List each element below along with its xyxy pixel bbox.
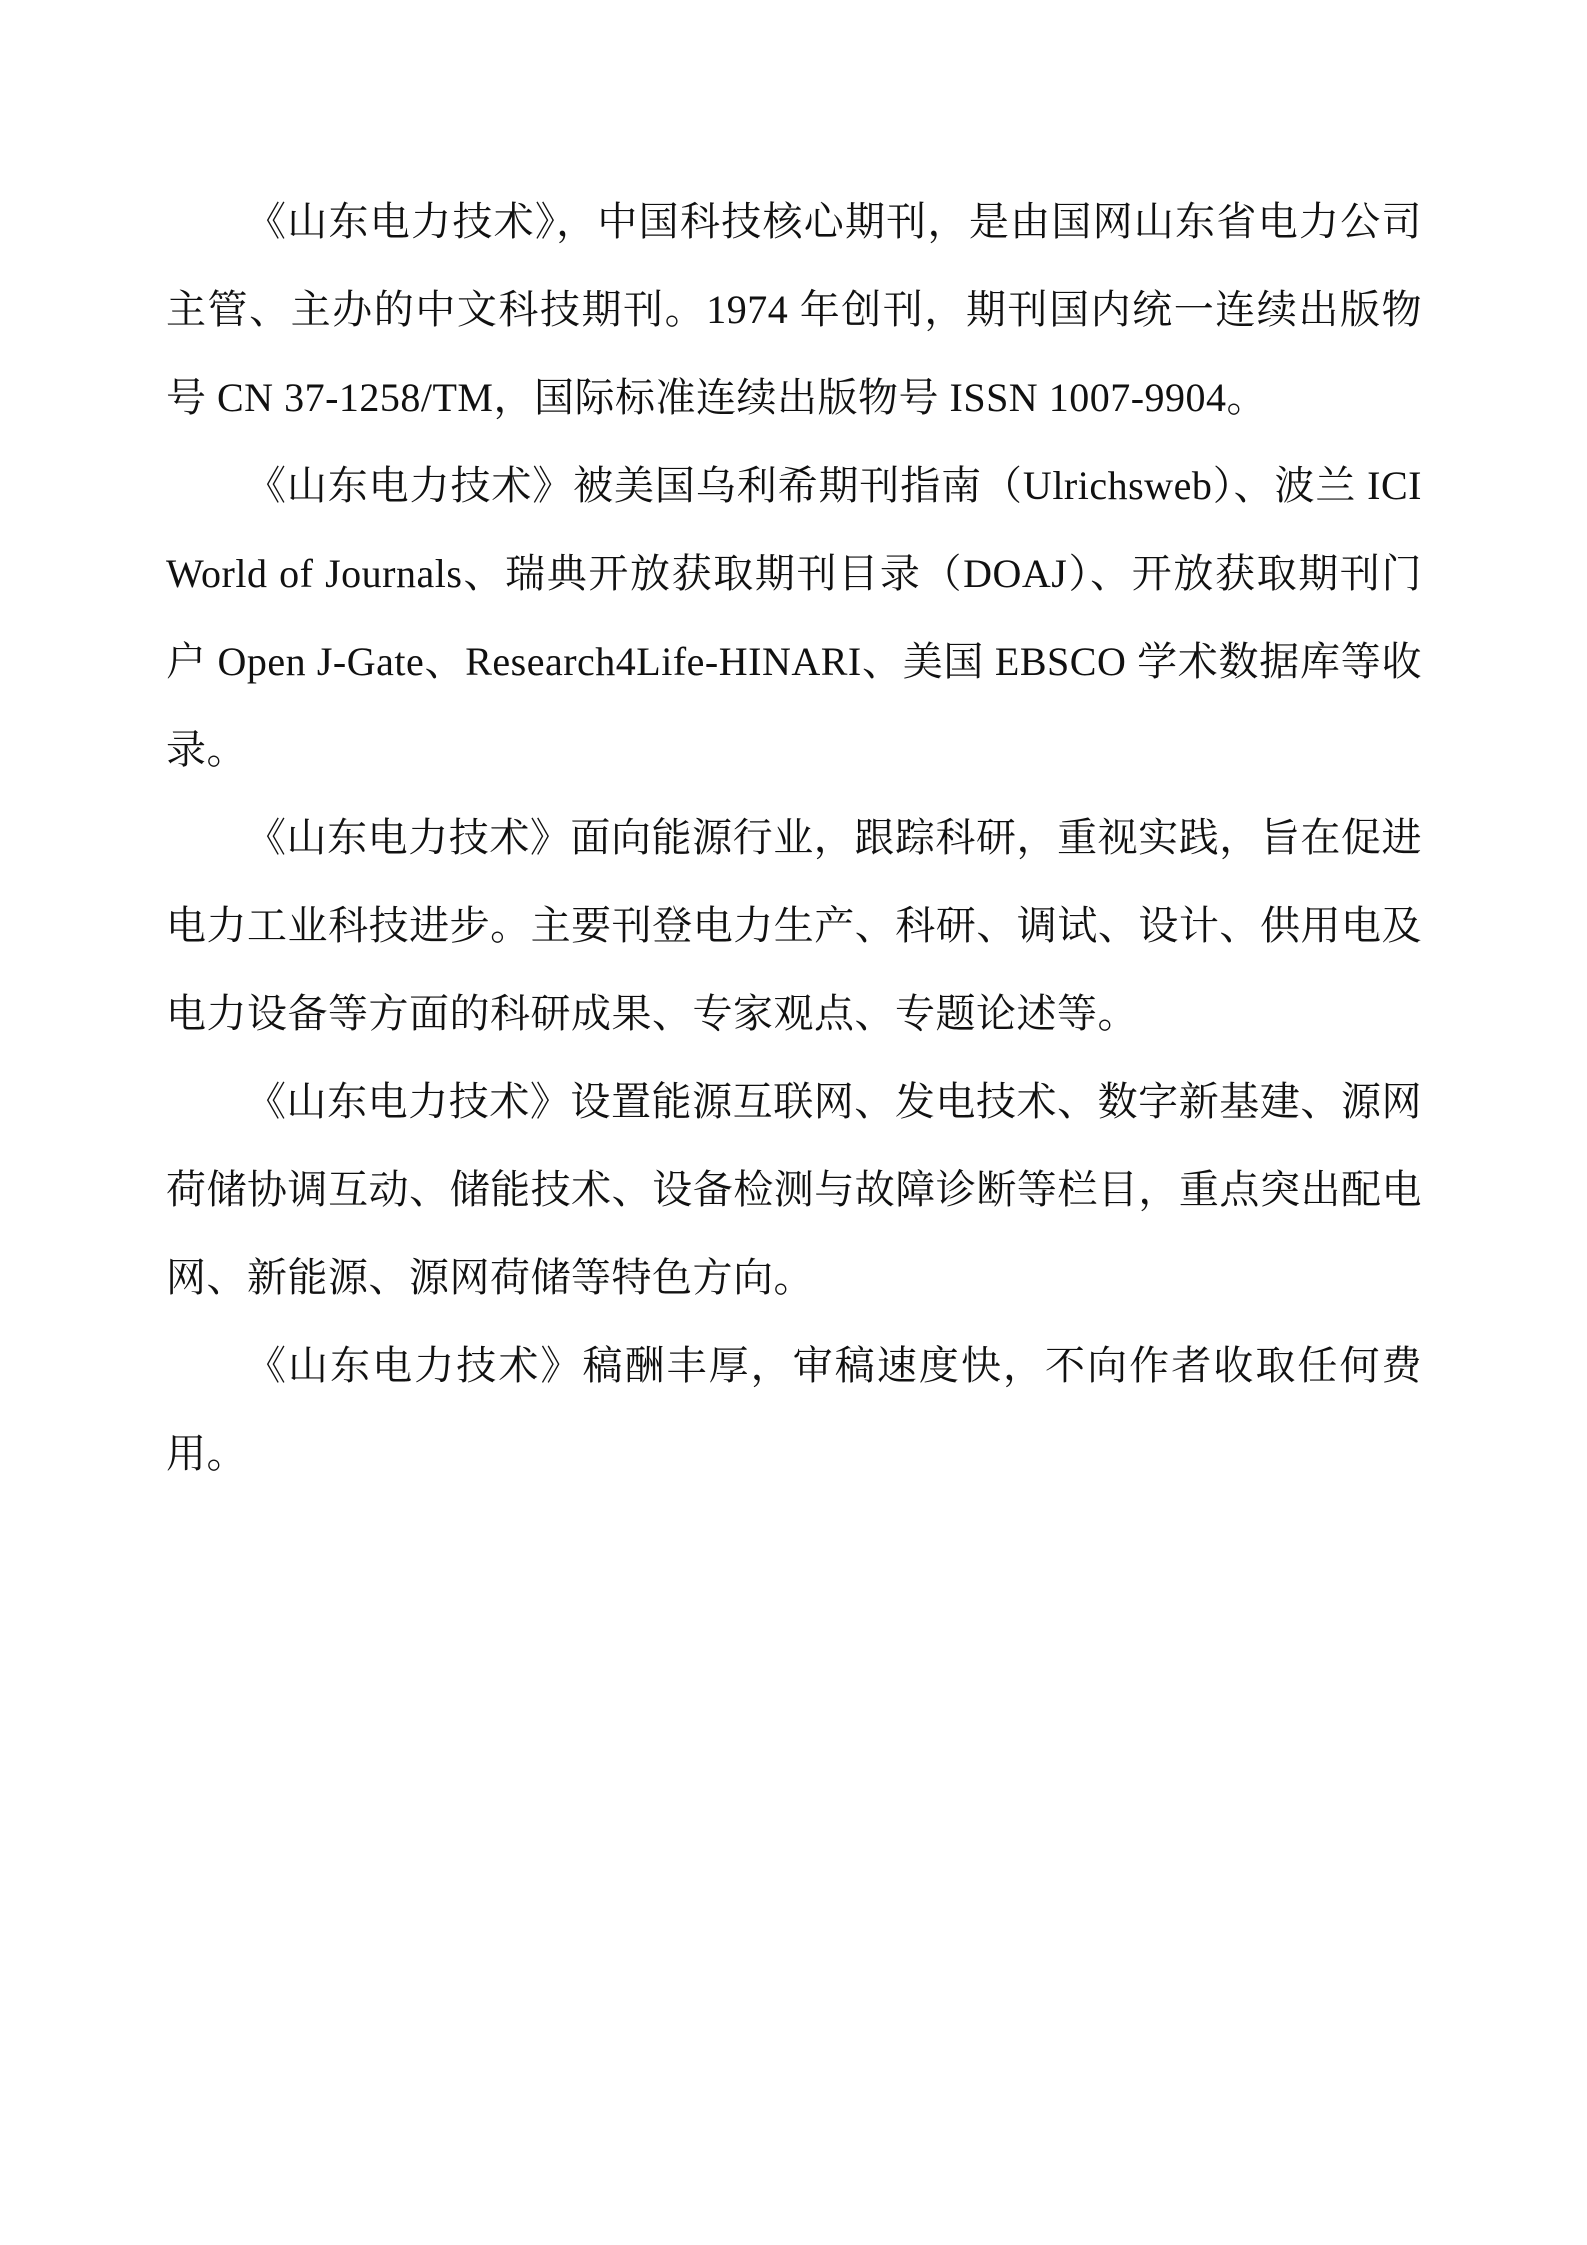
paragraph-author-policy: 《山东电力技术》稿酬丰厚，审稿速度快，不向作者收取任何费用。 [166,1322,1422,1498]
paragraph-indexing-databases: 《山东电力技术》被美国乌利希期刊指南（Ulrichsweb）、波兰 ICI Wo… [166,442,1422,794]
paragraph-journal-overview: 《山东电力技术》，中国科技核心期刊，是由国网山东省电力公司主管、主办的中文科技期… [166,178,1422,442]
paragraph-scope: 《山东电力技术》面向能源行业，跟踪科研，重视实践，旨在促进电力工业科技进步。主要… [166,794,1422,1058]
document-page: 《山东电力技术》，中国科技核心期刊，是由国网山东省电力公司主管、主办的中文科技期… [0,0,1587,2245]
paragraph-columns: 《山东电力技术》设置能源互联网、发电技术、数字新基建、源网荷储协调互动、储能技术… [166,1058,1422,1322]
document-content: 《山东电力技术》，中国科技核心期刊，是由国网山东省电力公司主管、主办的中文科技期… [166,178,1422,1498]
